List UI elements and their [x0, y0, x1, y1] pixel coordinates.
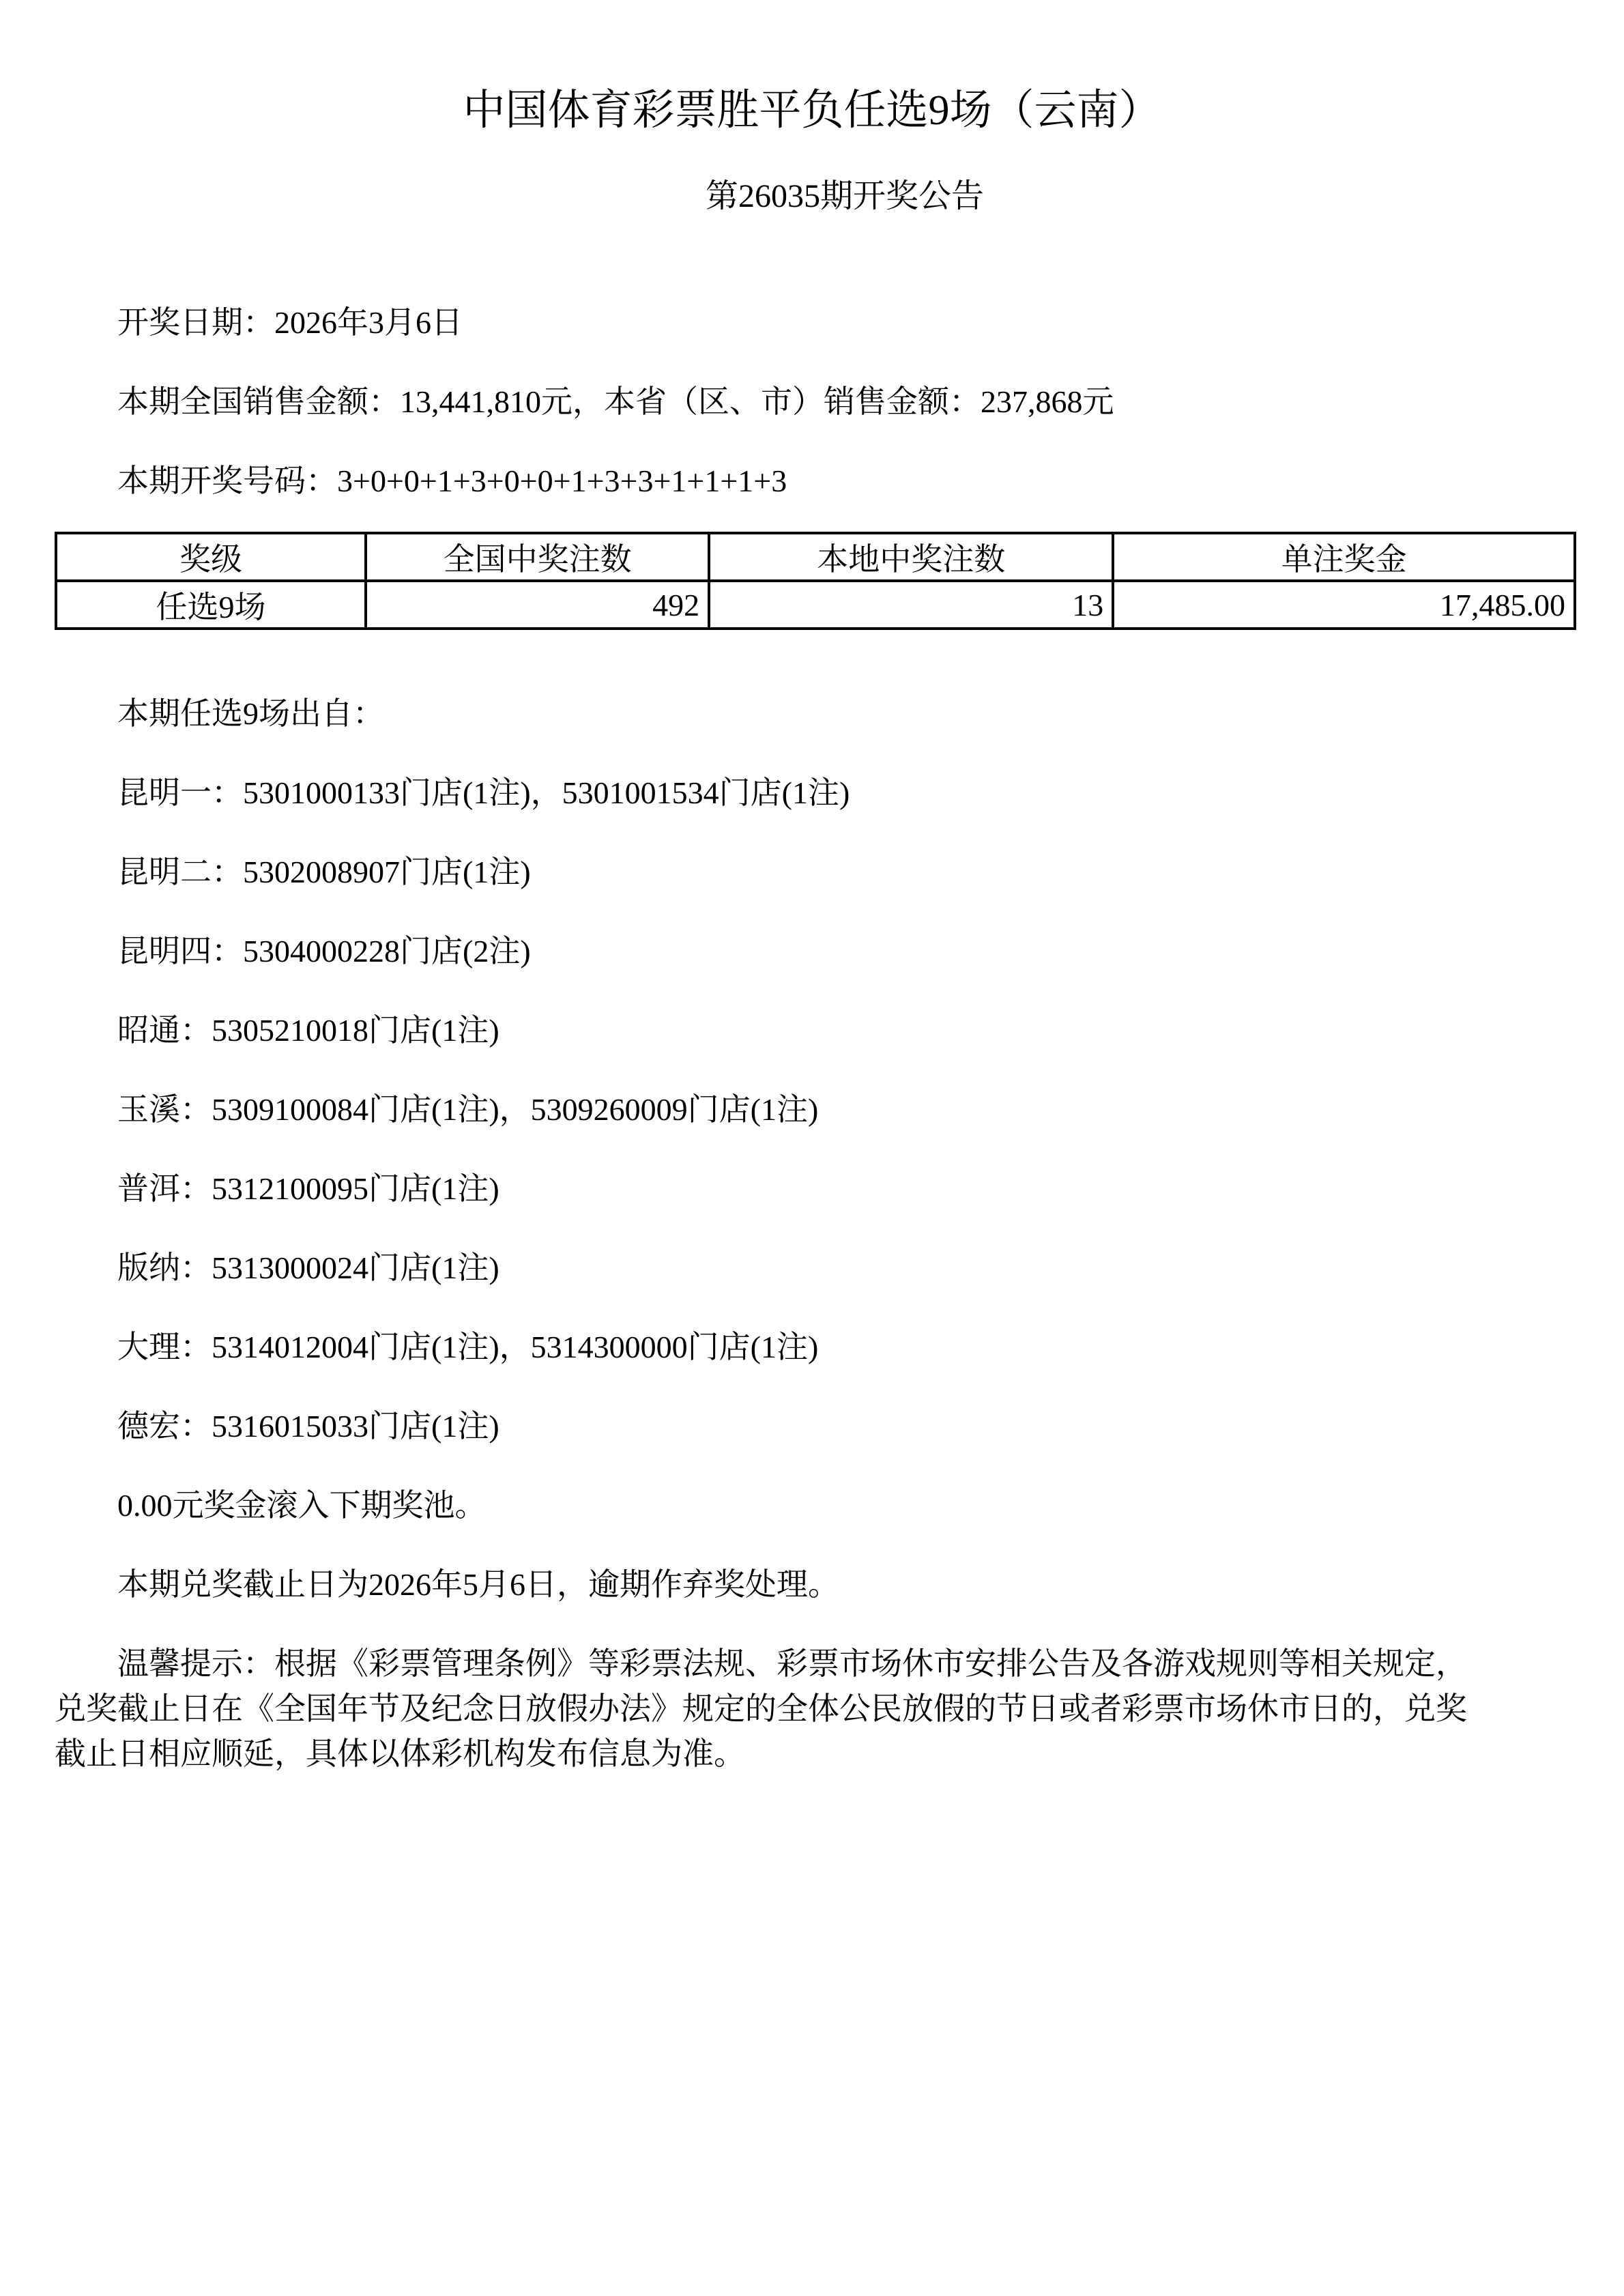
winner-line-yuxi: 玉溪：5309100084门店(1注)，5309260009门店(1注) — [55, 1087, 1576, 1132]
cell-prize-level: 任选9场 — [56, 581, 366, 629]
winner-line-kunming2: 昆明二：5302008907门店(1注) — [55, 850, 1576, 895]
notice-paragraph: 温馨提示：根据《彩票管理条例》等彩票法规、彩票市场休市安排公告及各游戏规则等相关… — [55, 1641, 1576, 1777]
winning-numbers-line: 本期开奖号码：3+0+0+1+3+0+0+1+3+3+1+1+1+3 — [55, 459, 1576, 504]
winners-intro-line: 本期任选9场出自： — [55, 691, 1576, 736]
announcement-page: 中国体育彩票胜平负任选9场（云南） 第26035期开奖公告 开奖日期：2026年… — [0, 0, 1624, 2296]
rollover-line: 0.00元奖金滚入下期奖池。 — [55, 1483, 1576, 1528]
cell-national-bets: 492 — [366, 581, 709, 629]
cell-local-bets: 13 — [709, 581, 1113, 629]
deadline-line: 本期兑奖截止日为2026年5月6日，逾期作弃奖处理。 — [55, 1562, 1576, 1607]
sales-amount-line: 本期全国销售金额：13,441,810元，本省（区、市）销售金额：237,868… — [55, 379, 1576, 425]
winner-line-banna: 版纳：5313000024门店(1注) — [55, 1246, 1576, 1291]
winner-line-puer: 普洱：5312100095门店(1注) — [55, 1166, 1576, 1211]
notice-line-2: 兑奖截止日在《全国年节及纪念日放假办法》规定的全体公民放假的节日或者彩票市场休市… — [55, 1687, 1576, 1732]
winner-line-kunming1: 昆明一：5301000133门店(1注)，5301001534门店(1注) — [55, 771, 1576, 816]
page-subtitle: 第26035期开奖公告 — [0, 174, 1624, 219]
cell-prize-per-bet: 17,485.00 — [1113, 581, 1575, 629]
content-area: 开奖日期：2026年3月6日 本期全国销售金额：13,441,810元，本省（区… — [55, 219, 1576, 1777]
winner-line-kunming4: 昆明四：5304000228门店(2注) — [55, 929, 1576, 974]
notice-line-1: 温馨提示：根据《彩票管理条例》等彩票法规、彩票市场休市安排公告及各游戏规则等相关… — [55, 1641, 1576, 1687]
notice-line-3: 截止日相应顺延，具体以体彩机构发布信息为准。 — [55, 1732, 1576, 1777]
draw-date-line: 开奖日期：2026年3月6日 — [55, 300, 1576, 345]
winner-line-dali: 大理：5314012004门店(1注)，5314300000门店(1注) — [55, 1325, 1576, 1370]
prize-table: 奖级 全国中奖注数 本地中奖注数 单注奖金 任选9场 492 13 17,485… — [55, 532, 1576, 630]
prize-table-header-row: 奖级 全国中奖注数 本地中奖注数 单注奖金 — [56, 533, 1575, 581]
prize-table-row: 任选9场 492 13 17,485.00 — [56, 581, 1575, 629]
winner-line-dehong: 德宏：5316015033门店(1注) — [55, 1404, 1576, 1449]
winner-line-zhaotong: 昭通：5305210018门店(1注) — [55, 1008, 1576, 1053]
header-local-bets: 本地中奖注数 — [709, 533, 1113, 581]
header-prize-level: 奖级 — [56, 533, 366, 581]
page-title: 中国体育彩票胜平负任选9场（云南） — [0, 85, 1624, 137]
header-national-bets: 全国中奖注数 — [366, 533, 709, 581]
header-prize-per-bet: 单注奖金 — [1113, 533, 1575, 581]
